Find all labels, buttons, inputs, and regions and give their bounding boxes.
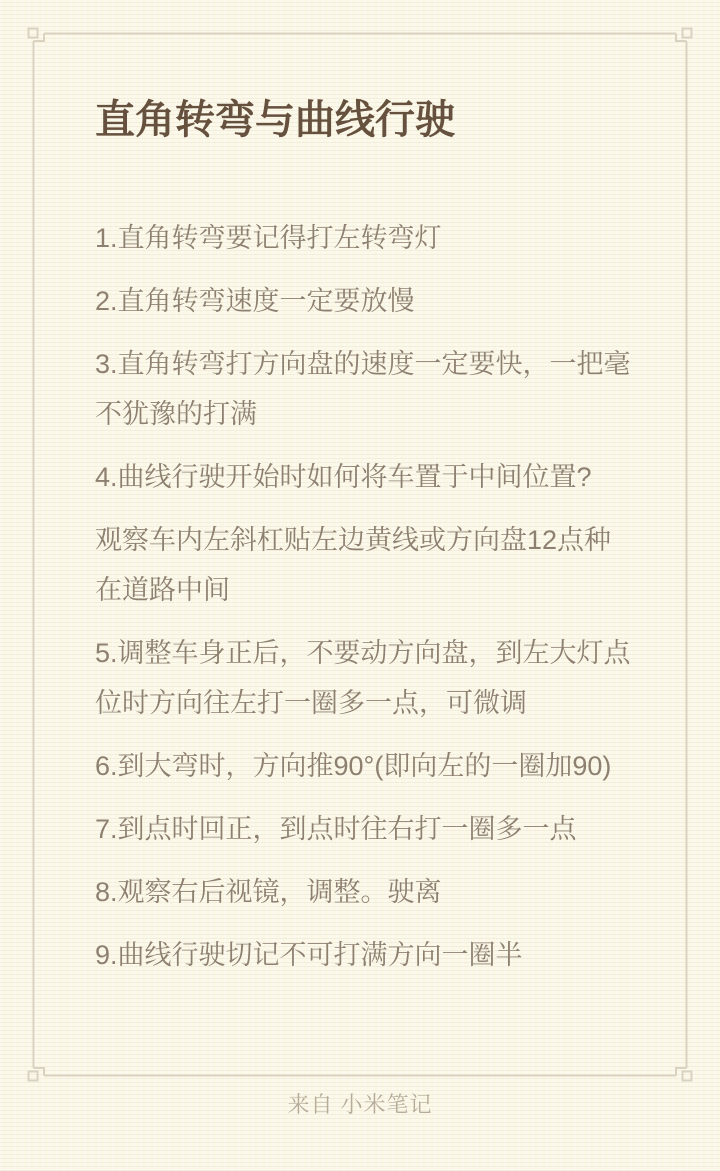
note-line-7: 6.到大弯时，方向推90°(即向左的一圈加90) <box>95 741 633 791</box>
corner-knot-bottom-right <box>683 1072 692 1081</box>
corner-knot-bottom-left <box>29 1072 38 1081</box>
note-line-1: 1.直角转弯要记得打左转弯灯 <box>95 213 633 263</box>
note-line-5: 观察车内左斜杠贴左边黄线或方向盘12点种在道路中间 <box>95 515 633 615</box>
note-line-10: 9.曲线行驶切记不可打满方向一圈半 <box>95 930 633 980</box>
note-body: 直角转弯与曲线行驶 1.直角转弯要记得打左转弯灯 2.直角转弯速度一定要放慢 3… <box>95 97 633 993</box>
corner-hook-bottom-left <box>34 1068 45 1076</box>
note-title: 直角转弯与曲线行驶 <box>95 97 633 143</box>
note-line-4: 4.曲线行驶开始时如何将车置于中间位置? <box>95 452 633 502</box>
note-line-6: 5.调整车身正后，不要动方向盘，到左大灯点位时方向往左打一圈多一点，可微调 <box>95 628 633 728</box>
note-line-2: 2.直角转弯速度一定要放慢 <box>95 276 633 326</box>
corner-hook-top-right <box>676 34 687 42</box>
corner-hook-bottom-right <box>676 1068 687 1076</box>
note-line-3: 3.直角转弯打方向盘的速度一定要快，一把毫不犹豫的打满 <box>95 339 633 439</box>
note-line-9: 8.观察右后视镜，调整。驶离 <box>95 867 633 917</box>
corner-hook-top-left <box>34 34 45 42</box>
corner-knot-top-right <box>683 29 692 38</box>
source-attribution: 来自 小米笔记 <box>0 1090 720 1120</box>
corner-knot-top-left <box>29 29 38 38</box>
note-line-8: 7.到点时回正，到点时往右打一圈多一点 <box>95 804 633 854</box>
